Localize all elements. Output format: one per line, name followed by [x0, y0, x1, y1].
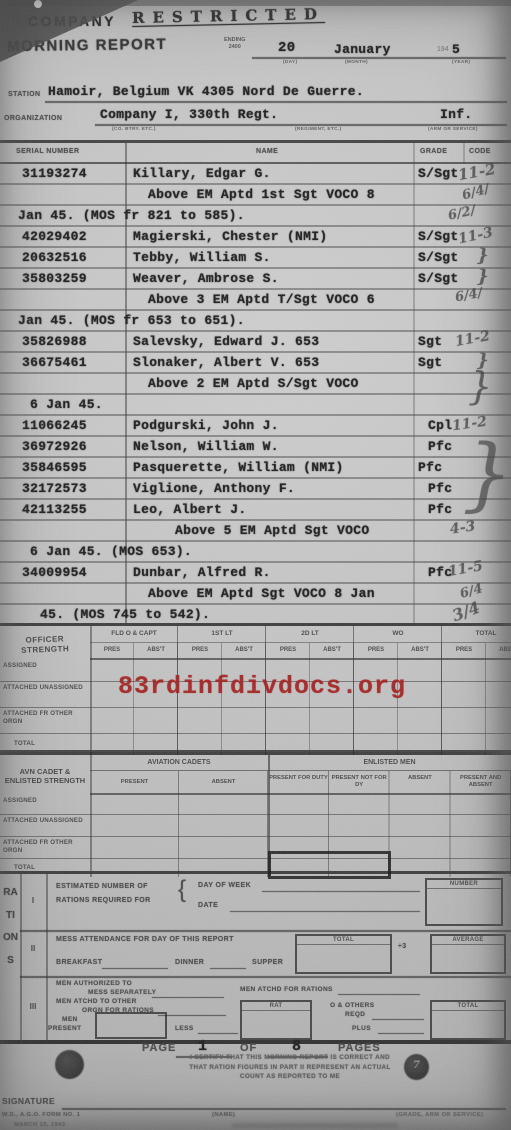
grade-value: S/Sgt: [418, 250, 459, 265]
subheader-row: PRESENT ABSENT PRESENT FOR DUTY PRESENT …: [90, 771, 511, 795]
column-header-serial: SERIAL NUMBER: [16, 148, 79, 155]
serial-number: 35846595: [22, 460, 87, 475]
grade-value: Pfc: [428, 502, 452, 517]
serial-number: 36972926: [22, 439, 87, 454]
soldier-name: Viglione, Anthony F.: [133, 481, 295, 496]
fill-line: [102, 968, 168, 969]
enlisted-strength-table: AVN CADET & ENLISTED STRENGTH AVIATION C…: [0, 752, 511, 874]
total-box-2: TOTAL: [430, 1000, 506, 1040]
row-label: TOTAL: [14, 740, 98, 748]
table-row: 20632516Tebby, William S.S/Sgt: [0, 248, 511, 269]
year-sublabel: (YEAR): [452, 60, 470, 65]
remark-line: 45. (MOS 745 to 542).: [40, 607, 210, 622]
column-header-code: CODE: [469, 148, 491, 155]
report-month: January: [334, 42, 391, 57]
org-sublabel-mid: (REGIMENT, ETC.): [295, 127, 341, 132]
number-box: NUMBER: [425, 878, 503, 926]
signature-line: [62, 1108, 506, 1110]
serial-number: 35826988: [22, 334, 87, 349]
total-box: TOTAL: [295, 934, 392, 974]
part-divider: [20, 930, 511, 932]
day-of-week-label: DAY OF WEEK: [198, 882, 251, 889]
grade-value: Sgt: [418, 355, 442, 370]
month-sublabel: (MONTH): [345, 60, 368, 65]
soldier-name: Pasquerette, William (NMI): [133, 460, 344, 475]
row-label: ASSIGNED: [3, 662, 87, 670]
abst-header: ABS'T: [222, 643, 266, 658]
average-box: AVERAGE: [430, 934, 506, 974]
grade-value: Sgt: [418, 334, 442, 349]
abst-header: ABS'T: [486, 643, 511, 658]
col-header: PRESENT NOT FOR DY: [329, 771, 390, 793]
table-row: 42113255Leo, Albert J.Pfc: [0, 500, 511, 521]
punch-hole-top: [34, 0, 42, 8]
fill-line: [262, 891, 420, 892]
average-box-label: AVERAGE: [432, 936, 504, 945]
table-row: 36972926Nelson, William W.Pfc: [0, 437, 511, 458]
soldier-name: Killary, Edgar G.: [133, 166, 271, 181]
less-label: LESS: [175, 1025, 194, 1032]
pres-header: PRES: [442, 643, 486, 658]
table-row: 35803259Weaver, Ambrose S.S/Sgt: [0, 269, 511, 290]
morning-report-scan: COMPANY RESTRICTED MORNING REPORT ENDING…: [0, 0, 511, 1130]
plus-label: PLUS: [352, 1025, 371, 1032]
restricted-stamp: RESTRICTED: [132, 5, 325, 27]
reqd-label: REQD: [345, 1011, 365, 1018]
supper-label: SUPPER: [252, 959, 283, 966]
serial-number: 32172573: [22, 481, 87, 496]
subheader-row: PRESABS'T PRESABS'T PRESABS'T PRESABS'T …: [90, 643, 511, 660]
row-label: ATTACHED FR OTHER ORGN: [3, 839, 87, 855]
ending-time: 2400: [229, 44, 241, 50]
brace-glyph: {: [178, 876, 186, 904]
soldier-name: Tebby, William S.: [133, 250, 271, 265]
remark-line: Above EM Aptd Sgt VOCO 8 Jan: [148, 586, 375, 601]
fill-line: [198, 1033, 238, 1034]
rat-box: RAT: [240, 1000, 312, 1040]
row-label: ASSIGNED: [3, 797, 87, 805]
table-row: 34009954Dunbar, Alfred R.Pfc: [0, 563, 511, 584]
organization-label: ORGANIZATION: [4, 115, 62, 122]
abst-header: ABS'T: [134, 643, 178, 658]
enlisted-strength-title: AVN CADET & ENLISTED STRENGTH: [2, 767, 88, 785]
total-box-label: TOTAL: [297, 936, 390, 945]
serial-number: 11066245: [22, 418, 87, 433]
group-header: WO: [354, 626, 442, 643]
remark-line: Jan 45. (MOS fr 653 to 651).: [18, 313, 245, 328]
o-and-others-label: O & OTHERS: [330, 1002, 374, 1009]
form-number: W.D., A.G.O. FORM NO. 1: [2, 1112, 80, 1118]
signature-label: SIGNATURE: [2, 1096, 55, 1106]
rations-section: RATIONS I II III ESTIMATED NUMBER OF RAT…: [0, 874, 511, 1044]
organization-arm: Inf.: [440, 107, 472, 122]
table-row: Jan 45. (MOS fr 653 to 651).: [0, 311, 511, 332]
table-row: 45. (MOS 745 to 542).: [0, 605, 511, 626]
rations-vertical-label: RATIONS: [3, 882, 18, 972]
serial-number: 20632516: [22, 250, 87, 265]
handwritten-brace: }: [462, 432, 511, 516]
soldier-name: Weaver, Ambrose S.: [133, 271, 279, 286]
fill-line: [152, 997, 224, 998]
fill-line: [372, 1019, 424, 1020]
estimated-label-1: ESTIMATED NUMBER OF: [56, 883, 148, 890]
group-header: TOTAL: [442, 626, 511, 643]
table-row: 35826988Salevsky, Edward J. 653Sgt: [0, 332, 511, 353]
grade-value: Cpl: [428, 418, 452, 433]
table-row: Above EM Aptd 1st Sgt VOCO 8: [0, 185, 511, 206]
men-present-box: [95, 1012, 167, 1039]
table-row: ATTACHED FR OTHER ORGN: [0, 708, 511, 734]
part-3-numeral: III: [22, 1002, 44, 1011]
serial-number: 31193274: [22, 166, 87, 181]
total-box-2-label: TOTAL: [432, 1002, 504, 1011]
soldier-name: Nelson, William W.: [133, 439, 279, 454]
part-divider: [20, 976, 511, 978]
men-label: MEN: [62, 1016, 78, 1023]
table-row: 6 Jan 45. (MOS 653).: [0, 542, 511, 563]
present-label: PRESENT: [48, 1025, 82, 1032]
fill-line: [230, 911, 420, 912]
men-atchd-other-label: MEN ATCHD TO OTHER: [56, 998, 137, 1005]
abst-header: ABS'T: [310, 643, 354, 658]
punch-hole-left: [55, 1050, 84, 1079]
grade-value: Pfc: [428, 439, 452, 454]
cert-line-3: COUNT AS REPORTED TO ME: [240, 1073, 340, 1080]
remark-line: 6 Jan 45.: [30, 397, 103, 412]
col-header: PRESENT AND ABSENT: [450, 771, 511, 793]
group-header: 1ST LT: [178, 626, 266, 643]
soldier-name: Magierski, Chester (NMI): [133, 229, 327, 244]
handwritten-brace: }: [477, 266, 489, 287]
ending-word: ENDING: [224, 37, 245, 43]
year-prefix: 194: [437, 46, 449, 53]
table-row: ASSIGNED: [0, 795, 511, 815]
certification-text: I CERTIFY THAT THIS MORNING REPORT IS CO…: [140, 1053, 440, 1082]
ending-2400-label: ENDING 2400: [224, 37, 245, 51]
rations-numeral-divider: [46, 874, 48, 1044]
serial-number: 34009954: [22, 565, 87, 580]
serial-number: 42113255: [22, 502, 87, 517]
serial-number: 35803259: [22, 271, 87, 286]
table-row: Above 2 EM Aptd S/Sgt VOCO: [0, 374, 511, 395]
report-day: 20: [278, 40, 295, 56]
illegible-footer-text: [232, 1123, 398, 1128]
remark-line: Above 3 EM Aptd T/Sgt VOCO 6: [148, 292, 375, 307]
fill-line: [378, 1033, 424, 1034]
grade-value: S/Sgt: [418, 166, 459, 181]
breakfast-label: BREAKFAST: [56, 959, 102, 966]
abst-header: ABS'T: [398, 643, 442, 658]
enlisted-men-header: ENLISTED MEN: [268, 755, 511, 771]
organization-value: Company I, 330th Regt.: [100, 107, 278, 122]
fill-line: [210, 968, 246, 969]
form-date: MARCH 10, 1943: [14, 1122, 65, 1128]
divide-by-3: ÷3: [398, 942, 407, 951]
pres-header: PRES: [354, 643, 398, 658]
row-label: ATTACHED FR OTHER ORGN: [3, 710, 87, 726]
table-row: ATTACHED UNASSIGNED: [0, 815, 511, 837]
number-box-label: NUMBER: [427, 880, 501, 889]
mess-attendance-title: MESS ATTENDANCE FOR DAY OF THIS REPORT: [56, 936, 234, 943]
estimated-label-2: RATIONS REQUIRED FOR: [56, 897, 151, 904]
pres-header: PRES: [266, 643, 310, 658]
station-underline: [45, 101, 507, 103]
pres-header: PRES: [90, 643, 134, 658]
fill-line: [158, 1015, 226, 1016]
group-header-row: FLD O & CAPT 1ST LT 2D LT WO TOTAL: [90, 626, 511, 643]
column-header-name: NAME: [256, 148, 278, 155]
serial-number: 42029402: [22, 229, 87, 244]
part-1-numeral: I: [22, 896, 44, 905]
col-header: PRESENT FOR DUTY: [268, 771, 329, 793]
table-row: 35846595Pasquerette, William (NMI)Pfc: [0, 458, 511, 479]
report-year: 5: [452, 42, 460, 57]
aviation-cadets-header: AVIATION CADETS: [90, 755, 268, 771]
group-header: 2D LT: [266, 626, 354, 643]
group-header: FLD O & CAPT: [90, 626, 178, 643]
pres-header: PRES: [178, 643, 222, 658]
col-header: ABSENT: [390, 771, 451, 793]
name-sublabel: (NAME): [212, 1112, 235, 1118]
table-row: Above EM Aptd Sgt VOCO 8 Jan: [0, 584, 511, 605]
rat-box-label: RAT: [242, 1002, 310, 1011]
mess-separately-label: MESS SEPARATELY: [88, 989, 156, 996]
row-label: ATTACHED UNASSIGNED: [3, 684, 87, 692]
officer-strength-title: OFFICER STRENGTH: [2, 634, 89, 657]
dinner-label: DINNER: [175, 959, 204, 966]
station-value: Hamoir, Belgium VK 4305 Nord De Guerre.: [48, 84, 364, 99]
table-row: Jan 45. (MOS fr 821 to 585).: [0, 206, 511, 227]
table-row: 32172573Viglione, Anthony F.Pfc: [0, 479, 511, 500]
org-sublabel-right: (ARM OR SERVICE): [428, 127, 478, 132]
table-row: 36675461Slonaker, Albert V. 653Sgt: [0, 353, 511, 374]
day-sublabel: (DAY): [283, 60, 297, 65]
soldier-name: Slonaker, Albert V. 653: [133, 355, 319, 370]
table-row: Above 3 EM Aptd T/Sgt VOCO 6: [0, 290, 511, 311]
handwritten-brace: }: [468, 366, 492, 406]
serial-number: 36675461: [22, 355, 87, 370]
date-label: DATE: [198, 902, 218, 909]
table-row: 42029402Magierski, Chester (NMI)S/Sgt: [0, 227, 511, 248]
soldier-name: Dunbar, Alfred R.: [133, 565, 271, 580]
row-label: TOTAL: [14, 864, 98, 872]
remark-line: Above 2 EM Aptd S/Sgt VOCO: [148, 376, 359, 391]
handwritten-brace: }: [477, 245, 489, 266]
remark-line: Jan 45. (MOS fr 821 to 585).: [18, 208, 245, 223]
col-header: PRESENT: [90, 771, 179, 793]
remark-line: Above EM Aptd 1st Sgt VOCO 8: [148, 187, 375, 202]
part-2-numeral: II: [22, 944, 44, 953]
roster-table: SERIAL NUMBER NAME GRADE CODE 31193274Ki…: [0, 140, 511, 626]
grade-value: S/Sgt: [418, 229, 459, 244]
soldier-name: Salevsky, Edward J. 653: [133, 334, 319, 349]
column-header-grade: GRADE: [420, 148, 447, 155]
archive-watermark: 83rdinfdivdocs.org: [118, 672, 406, 701]
soldier-name: Leo, Albert J.: [133, 502, 246, 517]
men-authorized-label: MEN AUTHORIZED TO: [56, 980, 132, 987]
row-label: ATTACHED UNASSIGNED: [3, 817, 87, 825]
col-header: ABSENT: [179, 771, 268, 793]
table-row: ATTACHED FR OTHER ORGN: [0, 837, 511, 859]
station-label: STATION: [8, 91, 40, 98]
table-row: 31193274Killary, Edgar G.S/Sgt: [0, 164, 511, 185]
soldier-name: Podgurski, John J.: [133, 418, 279, 433]
handwritten-mark: 7: [413, 1060, 420, 1071]
table-row: 6 Jan 45.: [0, 395, 511, 416]
grade-value: Pfc: [418, 460, 442, 475]
date-underline: [252, 57, 506, 59]
table-row: Above 5 EM Aptd Sgt VOCO: [0, 521, 511, 542]
grade-sublabel: (GRADE, ARM OR SERVICE): [396, 1112, 483, 1118]
table-row: 11066245Podgurski, John J.Cpl: [0, 416, 511, 437]
cert-line-1: I CERTIFY THAT THIS MORNING REPORT IS CO…: [190, 1054, 390, 1061]
roster-header-row: SERIAL NUMBER NAME GRADE CODE: [0, 143, 511, 164]
org-sublabel-left: (CO. BTRY. ETC.): [112, 127, 156, 132]
grade-value: S/Sgt: [418, 271, 459, 286]
remark-line: Above 5 EM Aptd Sgt VOCO: [175, 523, 369, 538]
men-atchd-for-rations-label: MEN ATCHD FOR RATIONS: [240, 986, 333, 993]
cert-line-2: THAT RATION FIGURES IN PART II REPRESENT…: [189, 1064, 390, 1071]
grade-value: Pfc: [428, 481, 452, 496]
organization-underline: [95, 124, 507, 126]
fill-line: [338, 994, 420, 995]
remark-line: 6 Jan 45. (MOS 653).: [30, 544, 192, 559]
